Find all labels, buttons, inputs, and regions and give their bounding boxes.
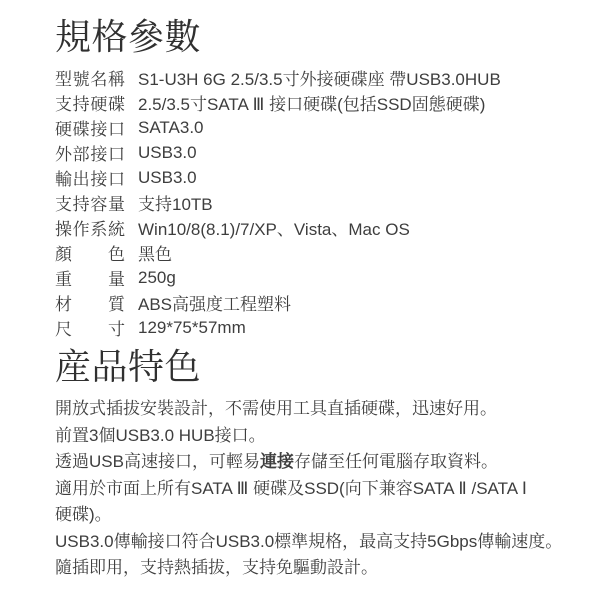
spec-value: SATA3.0: [138, 118, 204, 138]
spec-label: 輸出接口: [55, 165, 125, 190]
spec-label: 尺寸: [55, 315, 125, 340]
spec-row-external-interface: 外部接口 USB3.0: [55, 140, 570, 165]
feature-item-plug-play: 隨插即用，支持熱插拔，支持免驅動設計。: [55, 555, 570, 582]
spec-label: 型號名稱: [55, 65, 125, 90]
spec-table: 型號名稱 S1-U3H 6G 2.5/3.5寸外接硬碟座 帶USB3.0HUB …: [55, 65, 570, 340]
spec-value: 129*75*57mm: [138, 318, 246, 338]
spec-value: S1-U3H 6G 2.5/3.5寸外接硬碟座 帶USB3.0HUB: [138, 65, 501, 90]
spec-row-output-interface: 輸出接口 USB3.0: [55, 165, 570, 190]
spec-label: 硬碟接口: [55, 115, 125, 140]
spec-section-title: 規格參數: [55, 16, 570, 58]
feature-item-usb-speed: 透過USB高速接口，可輕易連接存儲至任何電腦存取資料。: [55, 449, 570, 476]
spec-value: 黑色: [138, 240, 172, 265]
spec-row-disk-interface: 硬碟接口 SATA3.0: [55, 115, 570, 140]
spec-value: USB3.0: [138, 168, 197, 188]
spec-row-color: 顏色 黑色: [55, 240, 570, 265]
feature-item-install: 開放式插拔安裝設計，不需使用工具直插硬碟，迅速好用。: [55, 396, 570, 423]
spec-row-capacity: 支持容量 支持10TB: [55, 190, 570, 215]
spec-row-dimensions: 尺寸 129*75*57mm: [55, 315, 570, 340]
spec-label: 支持容量: [55, 190, 125, 215]
product-detail-page: 規格參數 型號名稱 S1-U3H 6G 2.5/3.5寸外接硬碟座 帶USB3.…: [0, 0, 600, 582]
spec-row-model: 型號名稱 S1-U3H 6G 2.5/3.5寸外接硬碟座 帶USB3.0HUB: [55, 65, 570, 90]
spec-label: 外部接口: [55, 140, 125, 165]
spec-label: 支持硬碟: [55, 90, 125, 115]
spec-label: 操作系統: [55, 215, 125, 240]
spec-value: USB3.0: [138, 143, 197, 163]
spec-value: 250g: [138, 268, 176, 288]
feature-item-transfer: USB3.0傳輸接口符合USB3.0標準規格，最高支持5Gbps傳輸速度。: [55, 529, 570, 556]
spec-row-supported-disk: 支持硬碟 2.5/3.5寸SATA Ⅲ 接口硬碟(包括SSD固態硬碟): [55, 90, 570, 115]
feature-item-compatibility: 適用於市面上所有SATA Ⅲ 硬碟及SSD(向下兼容SATA Ⅱ /SATA Ⅰ…: [55, 476, 570, 529]
feature-text-segment: 存儲至任何電腦存取資料。: [294, 452, 498, 471]
spec-value: 2.5/3.5寸SATA Ⅲ 接口硬碟(包括SSD固態硬碟): [138, 90, 485, 115]
spec-label: 重量: [55, 265, 125, 290]
feature-item-hub: 前置3個USB3.0 HUB接口。: [55, 423, 570, 450]
features-list: 開放式插拔安裝設計，不需使用工具直插硬碟，迅速好用。 前置3個USB3.0 HU…: [55, 396, 570, 582]
spec-value: Win10/8(8.1)/7/XP、Vista、Mac OS: [138, 215, 410, 240]
spec-label: 材質: [55, 290, 125, 315]
feature-text-line: 適用於市面上所有SATA Ⅲ 硬碟及SSD(向下兼容SATA Ⅱ /SATA Ⅰ: [55, 479, 527, 498]
spec-row-os: 操作系統 Win10/8(8.1)/7/XP、Vista、Mac OS: [55, 215, 570, 240]
spec-row-weight: 重量 250g: [55, 265, 570, 290]
spec-value: ABS高强度工程塑料: [138, 290, 291, 315]
spec-row-material: 材質 ABS高强度工程塑料: [55, 290, 570, 315]
spec-value: 支持10TB: [138, 190, 213, 215]
feature-text-line: 硬碟)。: [55, 505, 112, 524]
feature-text-segment: 透過USB高速接口，可輕易: [55, 452, 260, 471]
spec-label: 顏色: [55, 240, 125, 265]
features-section-title: 産品特色: [55, 346, 570, 388]
feature-highlight: 連接: [260, 452, 294, 471]
